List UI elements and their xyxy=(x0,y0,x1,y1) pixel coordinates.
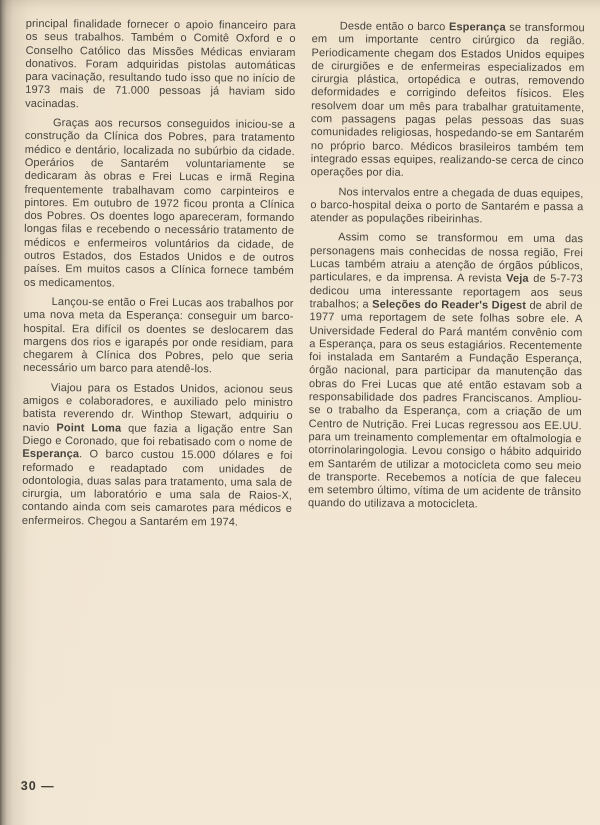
paragraph: principal finalidade fornecer o apoio fi… xyxy=(25,18,296,113)
paragraph: Nos intervalos entre a chegada de duas e… xyxy=(310,186,583,228)
paragraph: Graças aos recursos conseguidos iniciou-… xyxy=(24,117,295,292)
paragraph: Lançou-se então o Frei Lucas aos trabalh… xyxy=(23,296,294,378)
page-content: principal finalidade fornecer o apoio fi… xyxy=(0,0,600,825)
scanned-page: principal finalidade fornecer o apoio fi… xyxy=(0,0,600,825)
emphasized-text: Esperança xyxy=(22,448,79,460)
emphasized-text: Veja xyxy=(506,273,529,285)
emphasized-text: Point Loma xyxy=(56,422,121,435)
text-column-left: principal finalidade fornecer o apoio fi… xyxy=(22,18,296,536)
emphasized-text: Seleções do Reader's Digest xyxy=(372,299,526,312)
text-column-right: Desde então o barco Esperança se transfo… xyxy=(308,20,585,519)
paragraph: Viajou para os Estados Unidos, acionou s… xyxy=(22,382,293,530)
page-number: 30 — xyxy=(21,779,55,793)
paragraph: Assim como se transformou em uma das per… xyxy=(308,232,583,513)
emphasized-text: Esperança xyxy=(449,21,506,33)
paragraph: Desde então o barco Esperança se transfo… xyxy=(311,20,585,182)
